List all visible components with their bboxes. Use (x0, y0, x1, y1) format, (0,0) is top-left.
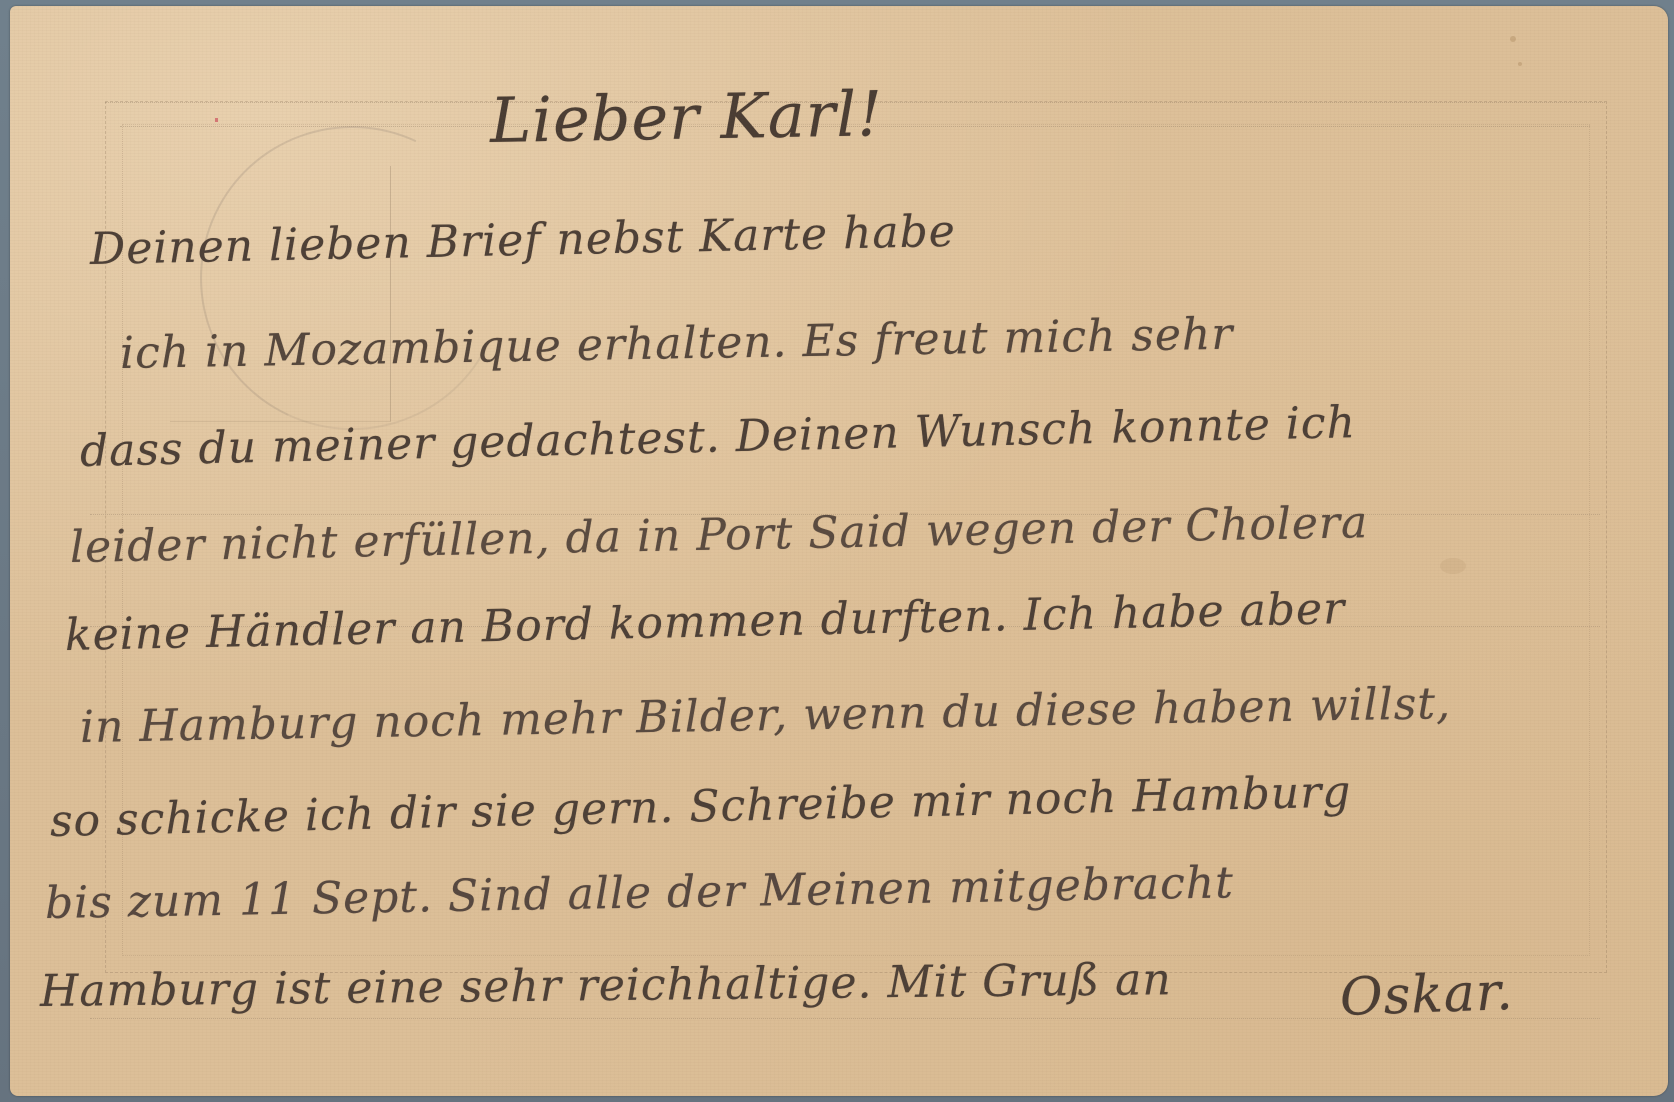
foxing-spot (1440, 558, 1466, 574)
foxing-spot (1510, 36, 1516, 42)
signature: Oskar. (1339, 962, 1515, 1028)
text-line-9: Hamburg ist eine sehr reichhaltige. Mit … (40, 954, 1172, 1017)
red-mark (215, 118, 218, 122)
foxing-spot (1518, 62, 1522, 66)
postcard: Lieber Karl! Deinen lieben Brief nebst K… (10, 6, 1668, 1096)
greeting: Lieber Karl! (489, 77, 883, 157)
